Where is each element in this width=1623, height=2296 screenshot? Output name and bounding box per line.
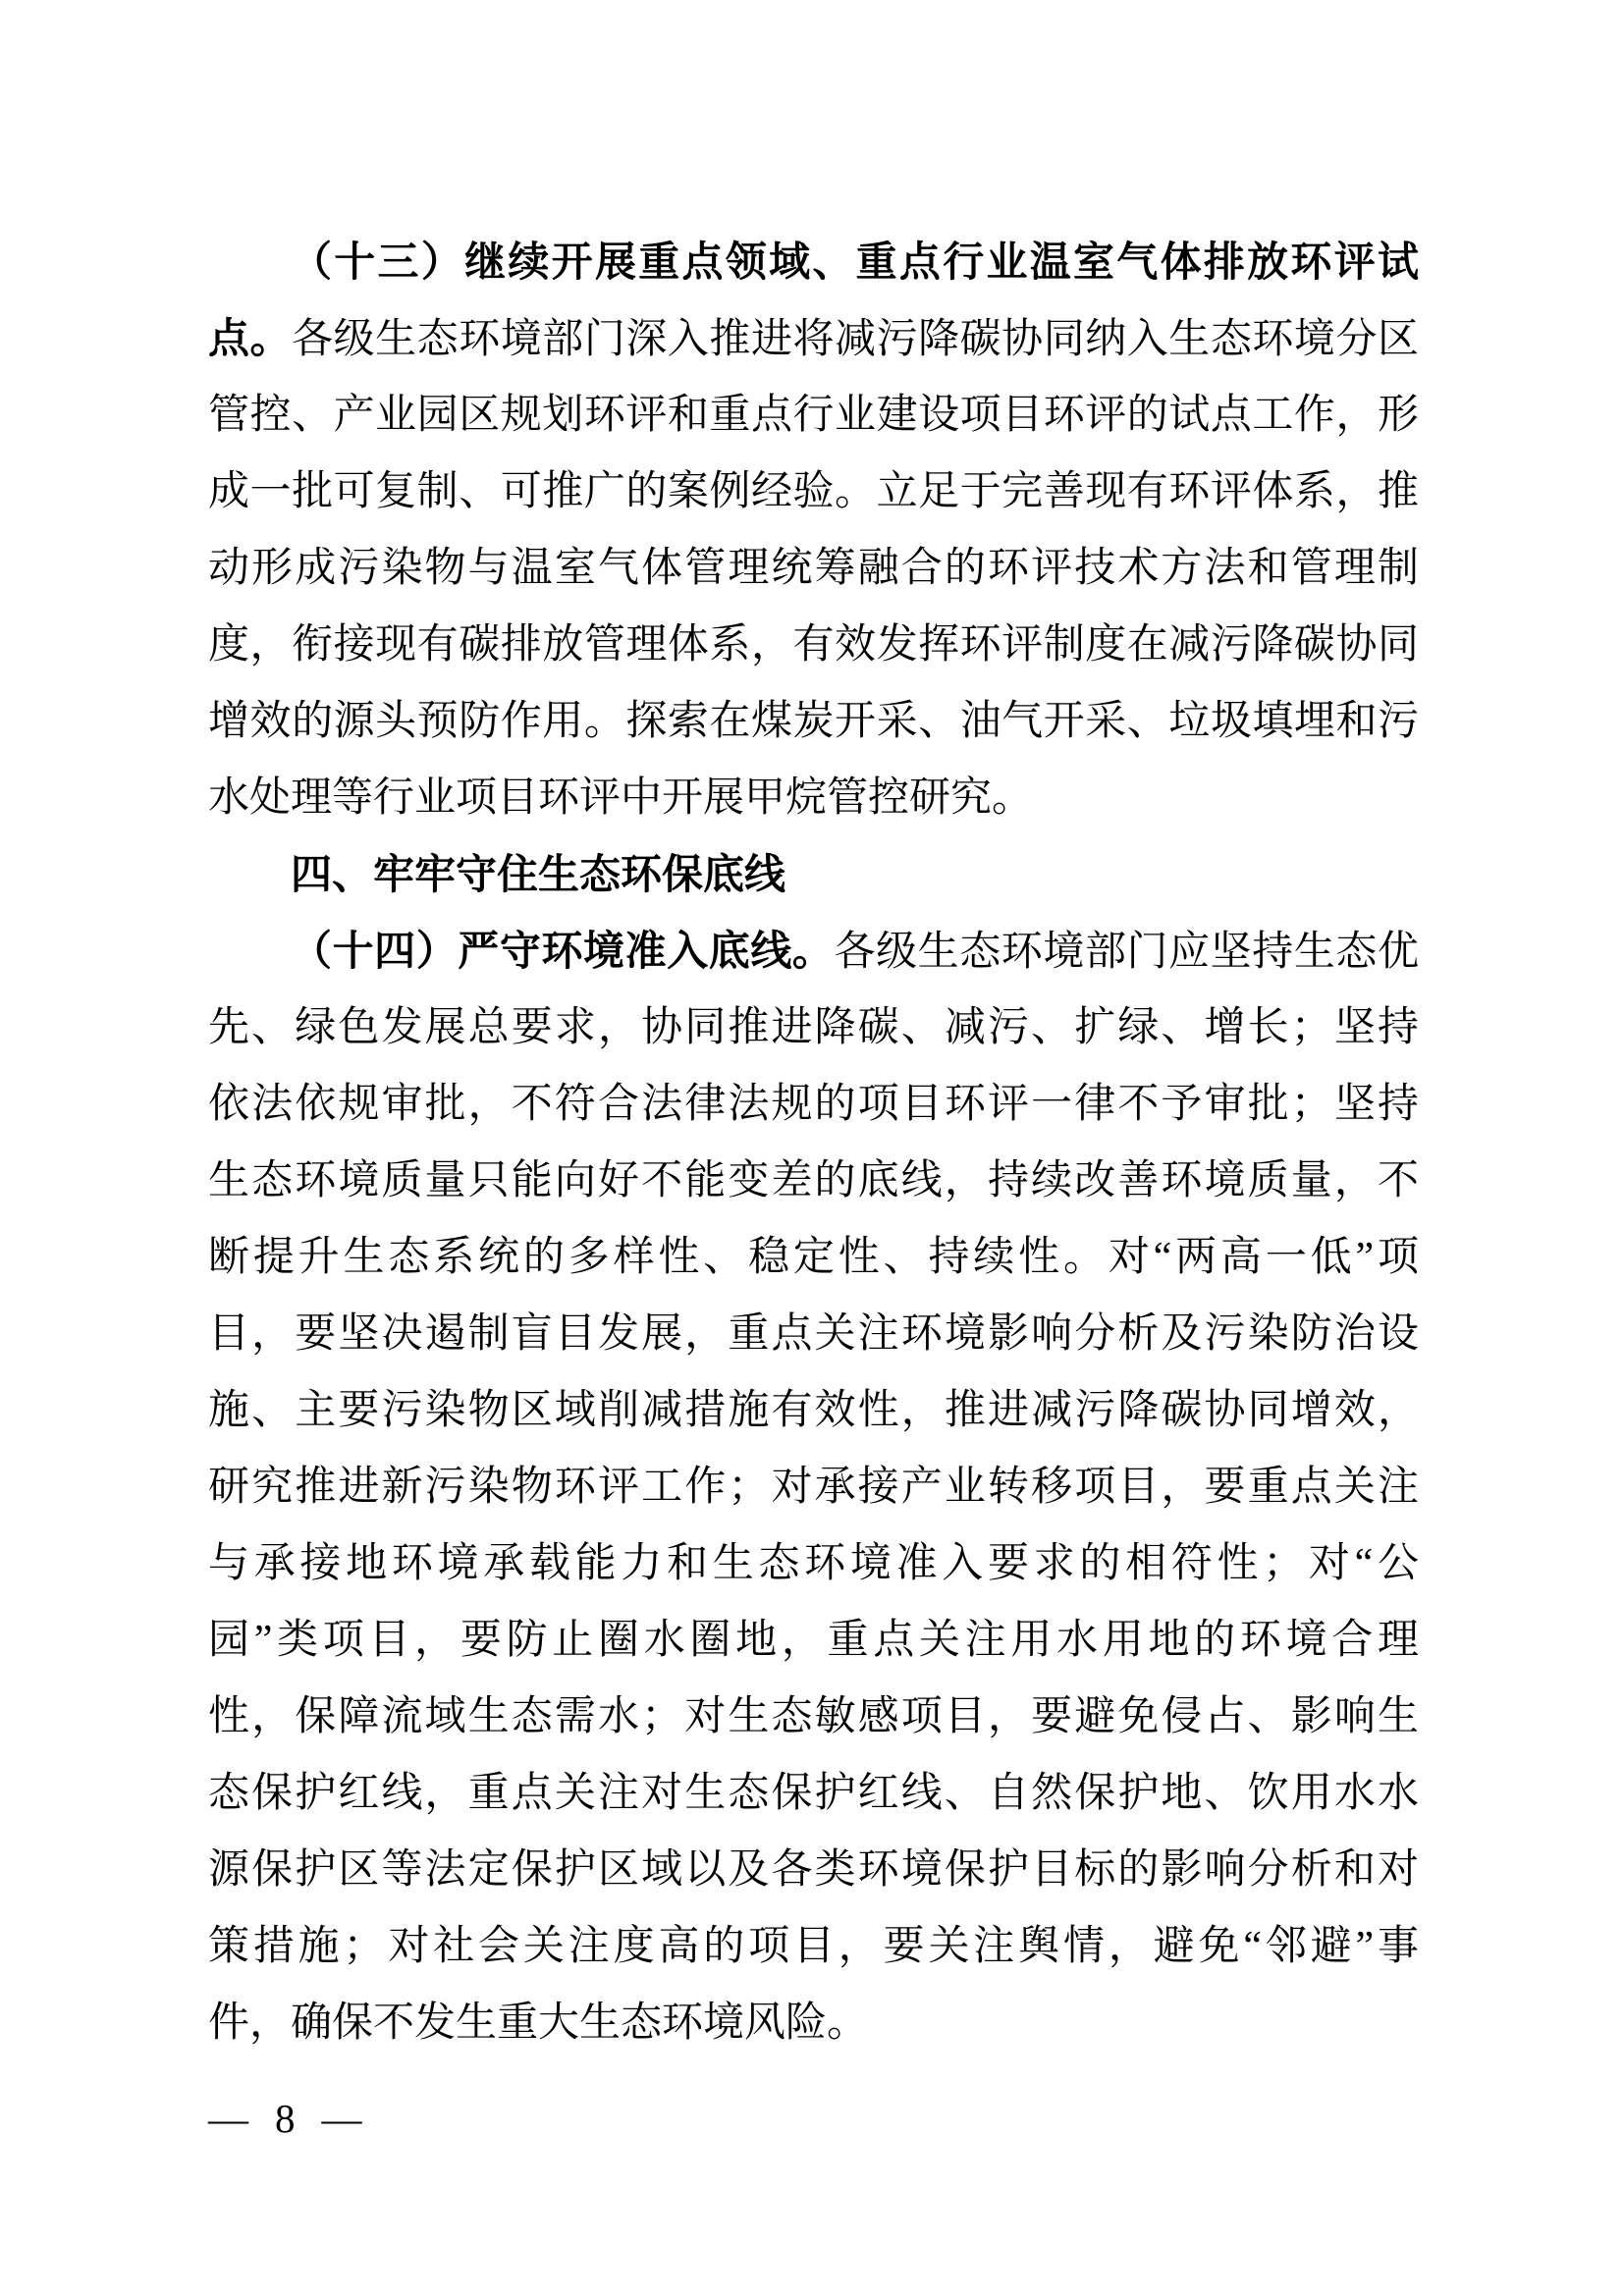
text-line: 园”类项目，要防止圈水圈地，重点关注用水用地的环境合理 — [208, 1602, 1419, 1679]
text-segment: 策措施；对社会关注度高的项目，要关注舆情，避免“邻避”事 — [208, 1924, 1419, 1969]
document-page: （十三）继续开展重点领域、重点行业温室气体排放环评试点。各级生态环境部门深入推进… — [0, 0, 1623, 2296]
text-segment: 度，衔接现有碳排放管理体系，有效发挥环评制度在减污降碳协同 — [208, 622, 1419, 667]
text-line: 策措施；对社会关注度高的项目，要关注舆情，避免“邻避”事 — [208, 1908, 1419, 1985]
footer-dash-right: — — [322, 2087, 362, 2150]
text-line: 度，衔接现有碳排放管理体系，有效发挥环评制度在减污降碳协同 — [208, 607, 1419, 683]
paragraph-13: （十三）继续开展重点领域、重点行业温室气体排放环评试点。各级生态环境部门深入推进… — [208, 224, 1419, 836]
text-line: 管控、产业园区规划环评和重点行业建设项目环评的试点工作，形 — [208, 377, 1419, 454]
text-block: （十三）继续开展重点领域、重点行业温室气体排放环评试点。各级生态环境部门深入推进… — [208, 224, 1419, 2061]
text-line: （十三）继续开展重点领域、重点行业温室气体排放环评试 — [208, 224, 1419, 300]
section-heading-4: 四、牢牢守住生态环保底线 — [208, 836, 1419, 913]
bold-text-segment: 点。 — [208, 315, 292, 361]
text-segment: 各级生态环境部门应坚持生态优 — [835, 930, 1420, 975]
text-segment: 源保护区等法定保护区域以及各类环境保护目标的影响分析和对 — [208, 1847, 1419, 1893]
paragraph-14: （十四）严守环境准入底线。各级生态环境部门应坚持生态优先、绿色发展总要求，协同推… — [208, 913, 1419, 2061]
text-segment: 态保护红线，重点关注对生态保护红线、自然保护地、饮用水水 — [208, 1771, 1419, 1816]
text-segment: 生态环境质量只能向好不能变差的底线，持续改善环境质量，不 — [208, 1158, 1419, 1203]
text-line: 水处理等行业项目环评中开展甲烷管控研究。 — [208, 760, 1419, 836]
text-line: 性，保障流域生态需水；对生态敏感项目，要避免侵占、影响生 — [208, 1679, 1419, 1755]
text-line: 点。各级生态环境部门深入推进将减污降碳协同纳入生态环境分区 — [208, 300, 1419, 377]
text-line: 先、绿色发展总要求，协同推进降碳、减污、扩绿、增长；坚持 — [208, 989, 1419, 1066]
page-footer: — 8 — — [208, 2087, 362, 2150]
text-line: 件，确保不发生重大生态环境风险。 — [208, 1985, 1419, 2061]
text-segment: 管控、产业园区规划环评和重点行业建设项目环评的试点工作，形 — [208, 393, 1419, 438]
text-segment: 各级生态环境部门深入推进将减污降碳协同纳入生态环境分区 — [292, 317, 1419, 362]
bold-text-segment: 四、牢牢守住生态环保底线 — [291, 851, 785, 897]
text-segment: 断提升生态系统的多样性、稳定性、持续性。对“两高一低”项 — [208, 1235, 1419, 1280]
bold-text-segment: （十四）严守环境准入底线。 — [291, 928, 835, 974]
text-line: 成一批可复制、可推广的案例经验。立足于完善现有环评体系，推 — [208, 454, 1419, 530]
text-line: 与承接地环境承载能力和生态环境准入要求的相符性；对“公 — [208, 1525, 1419, 1602]
text-line: （十四）严守环境准入底线。各级生态环境部门应坚持生态优 — [208, 913, 1419, 989]
text-segment: 研究推进新污染物环评工作；对承接产业转移项目，要重点关注 — [208, 1465, 1419, 1510]
bold-text-segment: （十三）继续开展重点领域、重点行业温室气体排放环评试 — [291, 239, 1419, 285]
text-line: 生态环境质量只能向好不能变差的底线，持续改善环境质量，不 — [208, 1143, 1419, 1219]
text-segment: 园”类项目，要防止圈水圈地，重点关注用水用地的环境合理 — [208, 1618, 1419, 1663]
text-line: 施、主要污染物区域削减措施有效性，推进减污降碳协同增效， — [208, 1372, 1419, 1449]
text-line: 研究推进新污染物环评工作；对承接产业转移项目，要重点关注 — [208, 1449, 1419, 1525]
text-segment: 动形成污染物与温室气体管理统筹融合的环评技术方法和管理制 — [208, 546, 1419, 591]
text-segment: 成一批可复制、可推广的案例经验。立足于完善现有环评体系，推 — [208, 469, 1419, 514]
text-segment: 件，确保不发生重大生态环境风险。 — [208, 2001, 868, 2046]
text-line: 依法依规审批，不符合法律法规的项目环评一律不予审批；坚持 — [208, 1066, 1419, 1143]
text-segment: 先、绿色发展总要求，协同推进降碳、减污、扩绿、增长；坚持 — [208, 1005, 1419, 1050]
footer-dash-left: — — [208, 2087, 248, 2150]
text-segment: 性，保障流域生态需水；对生态敏感项目，要避免侵占、影响生 — [208, 1694, 1419, 1739]
text-line: 源保护区等法定保护区域以及各类环境保护目标的影响分析和对 — [208, 1832, 1419, 1908]
text-segment: 水处理等行业项目环评中开展甲烷管控研究。 — [208, 775, 1033, 821]
text-line: 四、牢牢守住生态环保底线 — [208, 836, 1419, 913]
text-segment: 与承接地环境承载能力和生态环境准入要求的相符性；对“公 — [208, 1541, 1419, 1586]
text-line: 目，要坚决遏制盲目发展，重点关注环境影响分析及污染防治设 — [208, 1296, 1419, 1372]
text-segment: 增效的源头预防作用。探索在煤炭开采、油气开采、垃圾填埋和污 — [208, 699, 1419, 744]
text-line: 断提升生态系统的多样性、稳定性、持续性。对“两高一低”项 — [208, 1219, 1419, 1296]
text-line: 态保护红线，重点关注对生态保护红线、自然保护地、饮用水水 — [208, 1755, 1419, 1832]
text-segment: 依法依规审批，不符合法律法规的项目环评一律不予审批；坚持 — [208, 1082, 1419, 1127]
text-line: 增效的源头预防作用。探索在煤炭开采、油气开采、垃圾填埋和污 — [208, 683, 1419, 760]
page-number: 8 — [275, 2087, 296, 2150]
text-line: 动形成污染物与温室气体管理统筹融合的环评技术方法和管理制 — [208, 530, 1419, 607]
text-segment: 目，要坚决遏制盲目发展，重点关注环境影响分析及污染防治设 — [208, 1311, 1419, 1357]
text-segment: 施、主要污染物区域削减措施有效性，推进减污降碳协同增效， — [208, 1388, 1419, 1433]
